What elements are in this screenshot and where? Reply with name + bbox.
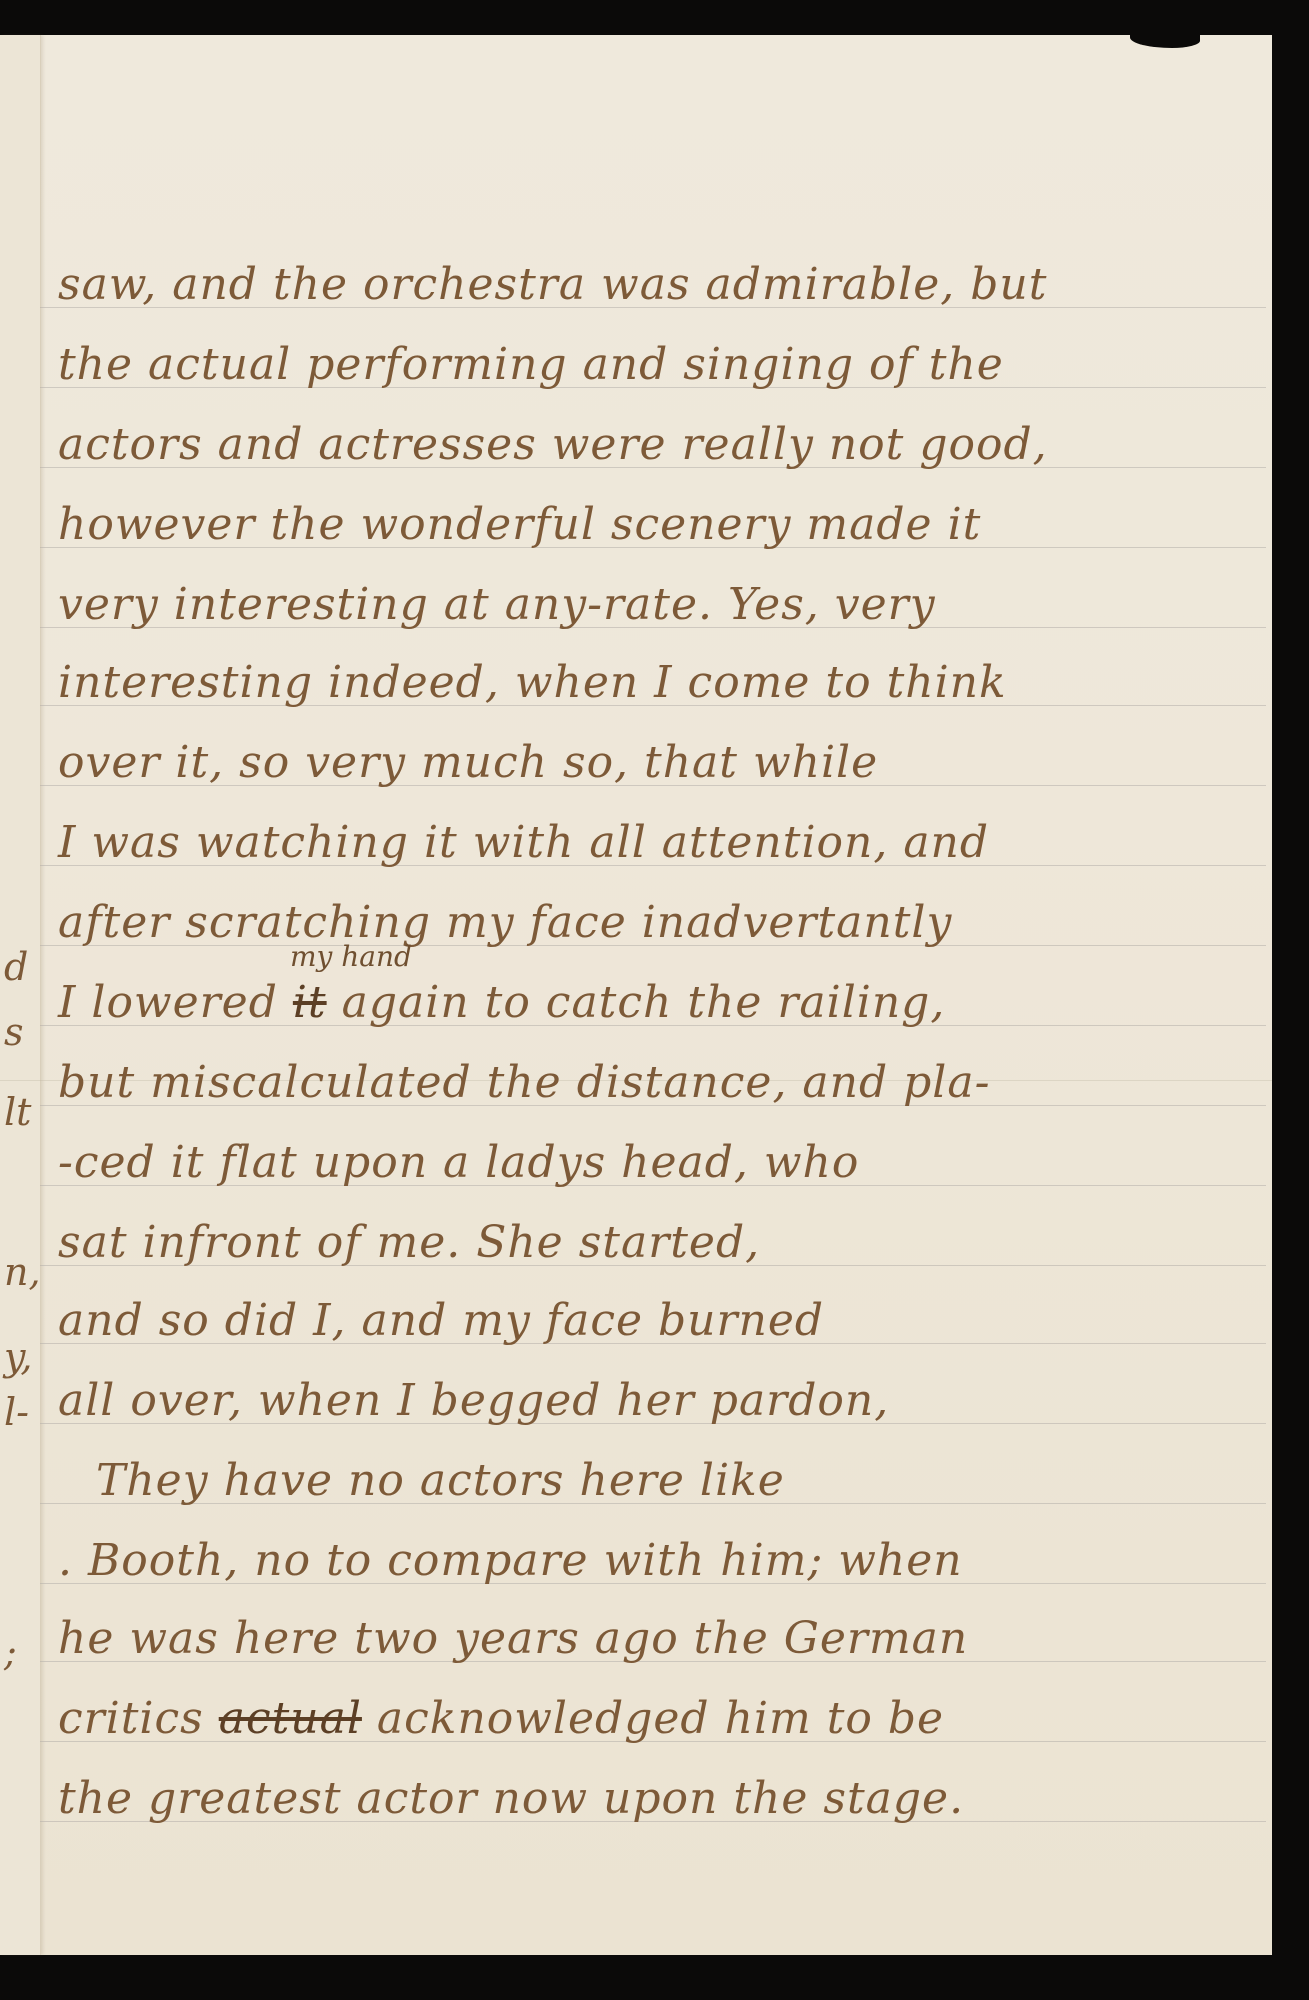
handwritten-line-4: however the wonderful scenery made it xyxy=(58,503,981,547)
handwritten-line-19: critics actual acknowledged him to be xyxy=(58,1697,944,1741)
line-19-start: critics xyxy=(58,1693,219,1744)
margin-fragment: l- xyxy=(4,1390,29,1434)
handwritten-line-12: -ced it flat upon a ladys head, who xyxy=(58,1141,859,1185)
margin-fragment: s xyxy=(4,1010,24,1054)
margin-fragment: d xyxy=(4,945,28,989)
handwritten-line-17: . Booth, no to compare with him; when xyxy=(58,1539,963,1583)
handwritten-line-16: They have no actors here like xyxy=(96,1459,785,1503)
struck-word: actual xyxy=(219,1693,362,1744)
handwritten-line-15: all over, when I begged her pardon, xyxy=(58,1379,889,1423)
letter-page: d s lt n, y, l- ; saw, and the orchestra… xyxy=(0,35,1272,1955)
handwritten-line-9: after scratching my face inadvertantly xyxy=(58,901,952,945)
handwritten-line-6: interesting indeed, when I come to think xyxy=(58,661,1007,705)
line-10-end: again to catch the railing, xyxy=(327,977,946,1028)
margin-fragment: ; xyxy=(4,1630,17,1674)
handwritten-line-2: the actual performing and singing of the xyxy=(58,343,1004,387)
handwritten-line-1: saw, and the orchestra was admirable, bu… xyxy=(58,263,1047,307)
margin-fragment: n, xyxy=(4,1250,41,1294)
handwritten-line-3: actors and actresses were really not goo… xyxy=(58,423,1048,467)
line-19-end: acknowledged him to be xyxy=(362,1693,944,1744)
handwritten-line-11: but miscalculated the distance, and pla- xyxy=(58,1061,990,1105)
line-10-start: I lowered xyxy=(58,977,293,1028)
handwritten-line-20: the greatest actor now upon the stage. xyxy=(58,1777,964,1821)
handwritten-line-13: sat infront of me. She started, xyxy=(58,1221,760,1265)
margin-fragment: y, xyxy=(4,1335,33,1379)
struck-word: it xyxy=(293,977,327,1028)
scan-background: d s lt n, y, l- ; saw, and the orchestra… xyxy=(0,0,1309,2000)
handwritten-line-5: very interesting at any-rate. Yes, very xyxy=(58,583,936,627)
handwritten-line-10: I lowered it again to catch the railing, xyxy=(58,981,945,1025)
handwritten-line-18: he was here two years ago the German xyxy=(58,1617,968,1661)
handwritten-line-8: I was watching it with all attention, an… xyxy=(58,821,989,865)
handwritten-line-14: and so did I, and my face burned xyxy=(58,1299,824,1343)
margin-fragment: lt xyxy=(4,1090,31,1134)
inserted-correction: my hand xyxy=(290,940,412,973)
handwritten-line-7: over it, so very much so, that while xyxy=(58,741,878,785)
